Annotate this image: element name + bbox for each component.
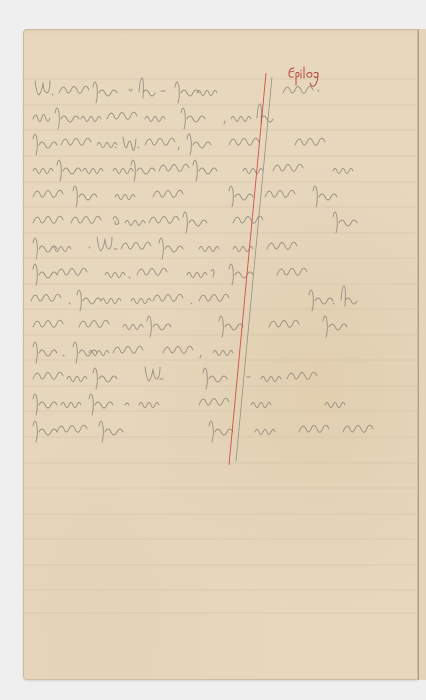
epilog-annotation-ink [289, 67, 318, 86]
text-line-5 [33, 186, 337, 207]
text-line-7 [33, 237, 297, 259]
text-line-13 [33, 394, 345, 415]
notebook-page: Epilog [23, 29, 418, 680]
text-line-9 [31, 286, 357, 311]
red-strike-line [229, 73, 266, 465]
text-line-12 [33, 367, 317, 389]
text-line-11 [33, 342, 233, 363]
scan-background: Epilog [0, 0, 426, 700]
handwriting [23, 29, 418, 680]
text-line-14 [33, 421, 373, 442]
text-line-3 [33, 134, 325, 155]
text-line-10 [33, 316, 347, 337]
adjacent-page-edge [418, 29, 426, 680]
text-line-4 [33, 160, 353, 181]
text-line-6 [33, 212, 357, 233]
text-line-2 [33, 104, 273, 129]
text-line-1 [35, 78, 319, 103]
text-line-8 [33, 264, 307, 285]
